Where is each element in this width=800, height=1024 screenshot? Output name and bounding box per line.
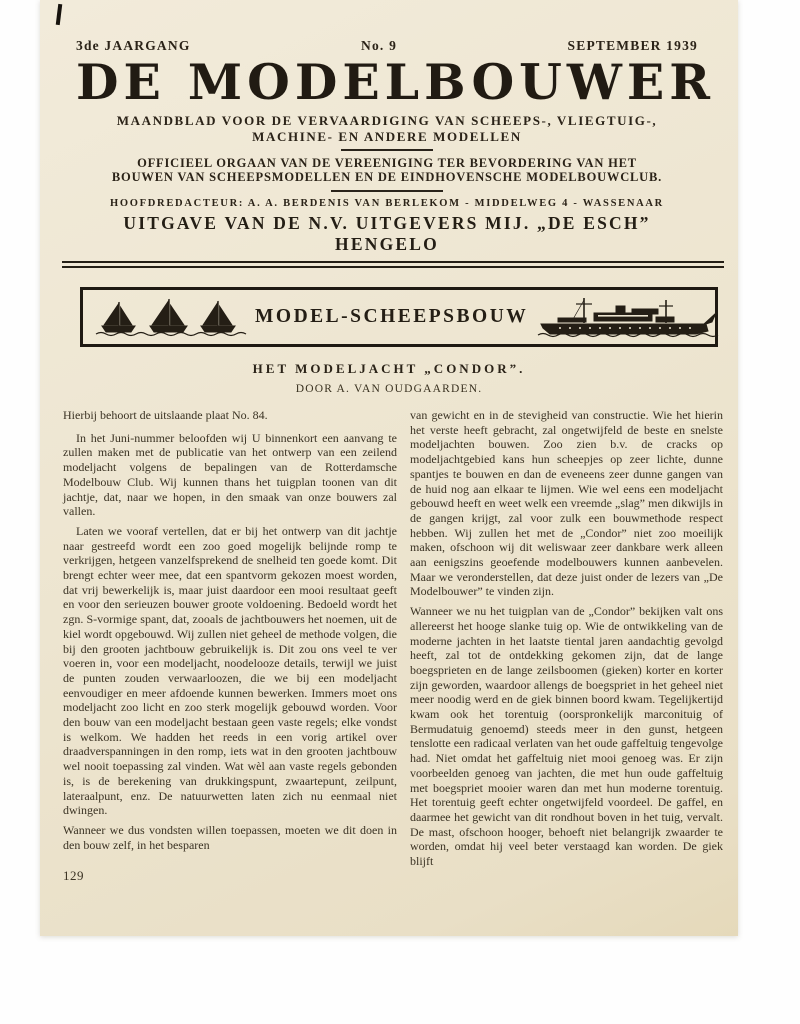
editor-line: HOOFDREDACTEUR: A. A. BERDENIS VAN BERLE… <box>76 198 698 209</box>
section-banner: MODEL-SCHEEPSBOUW <box>80 287 718 347</box>
paragraph: van gewicht en in de stevigheid van cons… <box>410 408 723 599</box>
magazine-subtitle-line2: MACHINE- EN ANDERE MODELLEN <box>76 129 698 145</box>
paragraph: Hierbij behoort de uitslaande plaat No. … <box>63 408 397 423</box>
paragraph: Wanneer we nu het tuigplan van de „Condo… <box>410 604 723 869</box>
issue-date: SEPTEMBER 1939 <box>568 38 698 54</box>
article-body: Hierbij behoort de uitslaande plaat No. … <box>63 408 723 869</box>
official-organ-line1: OFFICIEEL ORGAAN VAN DE VEREENIGING TER … <box>76 157 698 171</box>
publisher-line: UITGAVE VAN DE N.V. UITGEVERS MIJ. „DE E… <box>76 213 698 255</box>
paragraph: Laten we vooraf vertellen, dat er bij he… <box>63 524 397 818</box>
magazine-subtitle-line1: MAANDBLAD VOOR DE VERVAARDIGING VAN SCHE… <box>76 113 698 129</box>
magazine-title: DE MODELBOUWER <box>76 55 698 109</box>
article-byline: DOOR A. VAN OUDGAARDEN. <box>40 383 738 395</box>
page-number: 129 <box>63 868 84 884</box>
steamship-icon <box>536 295 721 339</box>
double-rule <box>62 261 724 268</box>
official-organ-line2: BOUWEN VAN SCHEEPSMODELLEN EN DE EINDHOV… <box>76 171 698 185</box>
volume-label: 3de JAARGANG <box>76 38 191 54</box>
divider-rule <box>341 149 433 151</box>
left-column: Hierbij behoort de uitslaande plaat No. … <box>63 408 397 869</box>
paragraph: Wanneer we dus vondsten willen toepassen… <box>63 823 397 852</box>
divider-rule <box>331 190 443 192</box>
right-column: van gewicht en in de stevigheid van cons… <box>410 408 723 869</box>
issue-number: No. 9 <box>361 38 397 54</box>
masthead: 3de JAARGANG No. 9 SEPTEMBER 1939 DE MOD… <box>40 0 738 255</box>
masthead-info-row: 3de JAARGANG No. 9 SEPTEMBER 1939 <box>76 38 698 54</box>
paragraph: In het Juni-nummer beloofden wij U binne… <box>63 431 397 519</box>
magazine-page: 3de JAARGANG No. 9 SEPTEMBER 1939 DE MOD… <box>40 0 738 936</box>
section-title: MODEL-SCHEEPSBOUW <box>255 306 528 328</box>
sailboats-icon <box>95 296 247 338</box>
article-title: HET MODELJACHT „CONDOR”. <box>40 361 738 377</box>
